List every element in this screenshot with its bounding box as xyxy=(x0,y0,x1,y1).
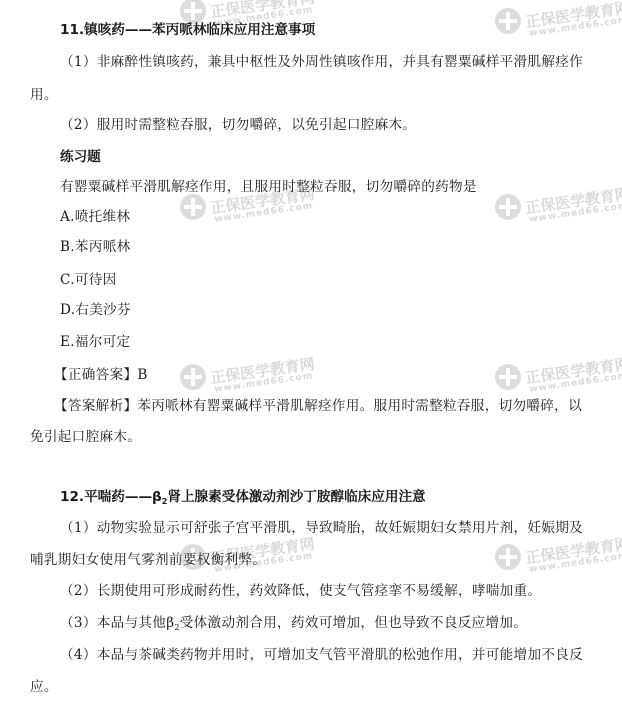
watermark-logo-icon xyxy=(180,364,206,390)
exercise-title: 练习题 xyxy=(60,148,101,166)
option-d: D.右美沙芬 xyxy=(60,301,131,319)
document-page: 正保医学教育网 www.med66.com 正保医学教育网 www.med66.… xyxy=(0,0,622,701)
section-12-item-1-cont: 哺乳期妇女使用气雾剂前要权衡利弊。 xyxy=(30,551,266,569)
section-11-item-1: （1）非麻醉性镇咳药，兼具中枢性及外周性镇咳作用，并具有罂粟碱样平滑肌解痉作 xyxy=(60,53,583,71)
option-b: B.苯丙哌林 xyxy=(60,238,131,256)
watermark-logo-icon xyxy=(495,544,521,570)
watermark-logo-icon xyxy=(180,194,206,220)
section-11-heading: 11.镇咳药——苯丙哌林临床应用注意事项 xyxy=(60,21,315,39)
watermark-logo-icon xyxy=(495,194,521,220)
section-12-item-3: （3）本品与其他β2受体激动剂合用，药效可增加，但也导致不良反应增加。 xyxy=(60,614,527,637)
watermark-logo-icon xyxy=(495,364,521,390)
option-c: C.可待因 xyxy=(60,271,117,289)
exercise-question: 有罂粟碱样平滑肌解痉作用，且服用时整粒吞服，切勿嚼碎的药物是 xyxy=(60,178,477,196)
correct-answer: 【正确答案】B xyxy=(54,366,148,384)
section-11-item-2: （2）服用时需整粒吞服，切勿嚼碎，以免引起口腔麻木。 xyxy=(60,116,416,134)
section-12-item-4: （4）本品与茶碱类药物并用时，可增加支气管平滑肌的松弛作用，并可能增加不良反 xyxy=(60,646,583,664)
answer-analysis: 【答案解析】苯丙哌林有罂粟碱样平滑肌解痉作用。服用时需整粒吞服，切勿嚼碎，以 xyxy=(54,397,582,415)
section-12-item-4-cont: 应。 xyxy=(30,678,58,696)
section-11-item-1-cont: 用。 xyxy=(30,86,58,104)
option-e: E.福尔可定 xyxy=(60,333,130,351)
section-12-item-1: （1）动物实验显示可舒张子宫平滑肌，导致畸胎，故妊娠期妇女禁用片剂，妊娠期及 xyxy=(60,519,583,537)
answer-analysis-cont: 免引起口腔麻木。 xyxy=(30,428,141,446)
section-12-heading: 12.平喘药——β2肾上腺素受体激动剂沙丁胺醇临床应用注意 xyxy=(60,488,426,511)
watermark-logo-icon xyxy=(495,8,521,34)
option-a: A.喷托维林 xyxy=(60,208,130,226)
section-12-item-2: （2）长期使用可形成耐药性，药效降低，使支气管痉挛不易缓解，哮喘加重。 xyxy=(60,582,541,600)
